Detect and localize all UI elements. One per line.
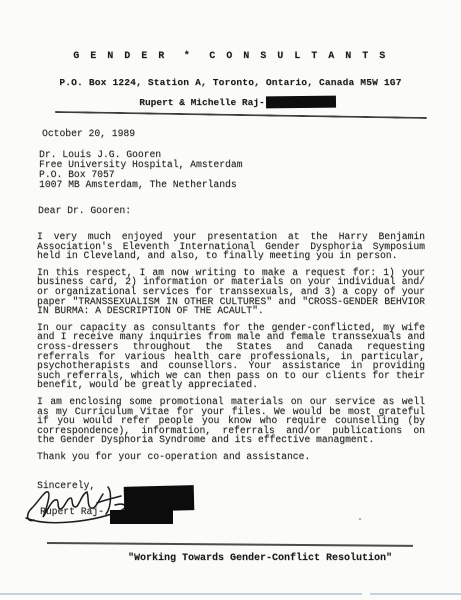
body-line: Thank you for your co-operation and assi… <box>37 452 425 462</box>
letterhead-title: G E N D E R * C O N S U L T A N T S <box>0 51 461 62</box>
footer-divider <box>47 542 413 547</box>
paragraph: I am enclosing some promotional material… <box>37 397 425 445</box>
redaction-box <box>266 96 336 109</box>
letterhead-names: Rupert & Michelle Raj- <box>14 96 461 108</box>
footer-slogan: "Working Towards Gender-Conflict Resolut… <box>60 553 460 564</box>
paragraph: In this respect, I am now writing to mak… <box>37 268 425 316</box>
body-line: the Gender Dysphoria Syndrome and its ef… <box>37 435 425 445</box>
scan-edge-artifact <box>0 593 461 595</box>
redaction-box <box>124 485 195 512</box>
redaction-box <box>110 510 173 524</box>
scanned-letter-page: G E N D E R * C O N S U L T A N T S P.O.… <box>0 0 461 600</box>
letterhead-names-text: Rupert & Michelle Raj- <box>139 97 264 108</box>
recipient-address-block: Dr. Louis J.G. Gooren Free University Ho… <box>39 150 242 190</box>
paragraph: In our capacity as consultants for the g… <box>37 323 425 390</box>
salutation: Dear Dr. Gooren: <box>38 205 131 216</box>
body-line: held in Cleveland, and also, to finally … <box>37 251 425 261</box>
letter-body: I very much enjoyed your presentation at… <box>37 232 425 468</box>
letterhead-divider <box>55 111 427 119</box>
recipient-line: 1007 MB Amsterdam, The Netherlands <box>39 180 242 190</box>
paragraph: Thank you for your co-operation and assi… <box>37 452 425 462</box>
scan-edge-gap <box>362 592 370 596</box>
body-line: IN BURMA: A DESCRIPTION OF THE ACAULT". <box>37 306 425 316</box>
body-line: benefit, would be greatly appreciated. <box>37 380 425 390</box>
paragraph: I very much enjoyed your presentation at… <box>37 232 425 261</box>
letterhead-address: P.O. Box 1224, Station A, Toronto, Ontar… <box>0 77 461 88</box>
letter-date: October 20, 1989 <box>42 128 135 139</box>
scan-speck <box>359 518 361 520</box>
